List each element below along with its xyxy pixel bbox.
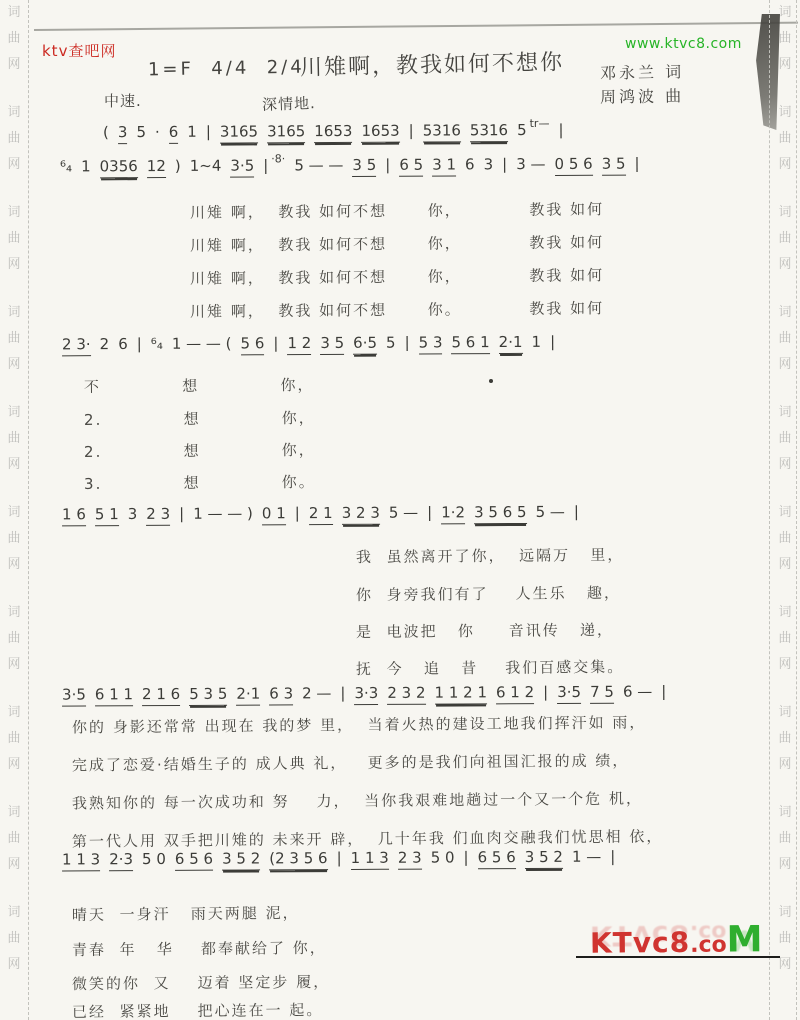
note-group: 6 bbox=[465, 155, 475, 175]
note-group: 5 — bbox=[536, 503, 565, 523]
song-title: 川雉啊，教我如何不想你 bbox=[300, 45, 565, 82]
note-group: 3165 bbox=[220, 122, 258, 143]
barline: | bbox=[543, 683, 548, 703]
note-group: 6 bbox=[118, 335, 128, 355]
note-group: 6 1 2 bbox=[496, 683, 534, 704]
note-group: 3 5 2 bbox=[525, 848, 563, 869]
left-dashed-border bbox=[28, 0, 29, 1020]
watermark-char: 词 bbox=[775, 300, 795, 326]
tempo-marking: 中速. bbox=[104, 90, 142, 111]
watermark-char: 词 bbox=[4, 700, 24, 726]
watermark-column-right: 词曲网词曲网词曲网词曲网词曲网词曲网词曲网词曲网词曲网词曲网 bbox=[775, 0, 795, 1000]
watermark-char: 网 bbox=[4, 352, 24, 378]
watermark-char: 网 bbox=[4, 552, 24, 578]
music-line-6: 1 1 32·35 06 5 63 5 2(2 3 5 6|1 1 32 35 … bbox=[62, 848, 624, 872]
watermark-char: 网 bbox=[775, 52, 795, 78]
lyric-row: 川雉 啊， 教我 如何不想 你， 教我 如何 bbox=[190, 264, 604, 289]
barline: | bbox=[385, 156, 390, 176]
lyric-row: 抚 今 追 昔 我们百感交集。 bbox=[356, 656, 624, 679]
note-group: 2 3 bbox=[398, 849, 422, 870]
barline: | bbox=[502, 155, 507, 175]
barline: | bbox=[574, 503, 579, 523]
note-group: 3·5 bbox=[557, 683, 581, 704]
watermark-char: 网 bbox=[775, 552, 795, 578]
barline: | bbox=[463, 848, 468, 868]
note-group: 3 5 bbox=[602, 155, 626, 176]
note-group: 3 bbox=[128, 505, 138, 525]
watermark-char: 曲 bbox=[4, 626, 24, 652]
watermark-char: 网 bbox=[775, 352, 795, 378]
note-group: 3·5 bbox=[230, 157, 254, 178]
watermark-char: 网 bbox=[4, 52, 24, 78]
watermark-char: 网 bbox=[4, 152, 24, 178]
watermark-char: 曲 bbox=[4, 526, 24, 552]
watermark-char: 词 bbox=[775, 800, 795, 826]
barline: | bbox=[337, 849, 342, 869]
lyric-row: 青春 年 华 都奉献给了 你， bbox=[72, 937, 327, 960]
note-group: 1 bbox=[187, 123, 197, 143]
barline: | bbox=[661, 682, 666, 702]
watermark-char: 词 bbox=[4, 800, 24, 826]
note-group: · bbox=[155, 123, 160, 143]
note-group: ( bbox=[103, 123, 109, 143]
lyric-row: 川雉 啊， 教我 如何不想 你， 教我 如何 bbox=[190, 198, 604, 223]
note-group: 5 3 bbox=[419, 333, 443, 354]
watermark-char: 曲 bbox=[4, 326, 24, 352]
watermark-char: 曲 bbox=[4, 726, 24, 752]
note-group: 3 5 6 5 bbox=[474, 503, 527, 524]
watermark-char: 曲 bbox=[775, 526, 795, 552]
note-group: 1·2 bbox=[441, 503, 465, 524]
barline: | bbox=[340, 684, 345, 704]
site-name-top-left: ktv查吧网 bbox=[42, 40, 116, 61]
lyric-row: 我 虽然离开了你， 远隔万 里， bbox=[356, 544, 625, 567]
note-group: 3 5 bbox=[320, 334, 344, 355]
note-group: 3165 bbox=[267, 122, 305, 143]
note-group: 5 3 5 bbox=[189, 685, 227, 706]
note-group: 2·1 bbox=[499, 333, 523, 354]
lyric-row: 川雉 啊， 教我 如何不想 你， 教我 如何 bbox=[190, 231, 604, 256]
right-dashed-border-inner bbox=[769, 0, 770, 1020]
watermark-char: 网 bbox=[4, 752, 24, 778]
lyric-row: 是 电波把 你 音讯传 递， bbox=[356, 619, 614, 642]
barline: | bbox=[550, 333, 555, 353]
note-group: 6 5 6 bbox=[175, 850, 213, 871]
watermark-char: 曲 bbox=[4, 826, 24, 852]
note-group: 5 bbox=[386, 334, 396, 354]
watermark-char: 网 bbox=[775, 852, 795, 878]
watermark-char: 曲 bbox=[4, 426, 24, 452]
note-group: 3·5 bbox=[62, 685, 86, 706]
note-group: 3 5 bbox=[352, 156, 376, 177]
watermark-char: 词 bbox=[4, 400, 24, 426]
note-group: 1 1 3 bbox=[351, 849, 389, 870]
note-group: 1653 bbox=[314, 122, 352, 143]
note-group: 5 0 bbox=[142, 850, 166, 870]
watermark-char: 词 bbox=[775, 400, 795, 426]
lyric-row: 完成了恋爱·结婚生子的 成人典 礼， 更多的是我们向祖国汇报的成 绩， bbox=[72, 750, 630, 776]
note-group: ⁶₄ bbox=[151, 335, 163, 355]
note-group: 5 — bbox=[389, 504, 418, 524]
scanned-sheet-music-page: 词曲网词曲网词曲网词曲网词曲网词曲网词曲网词曲网词曲网词曲网 词曲网词曲网词曲网… bbox=[0, 0, 800, 1020]
watermark-char: 曲 bbox=[775, 126, 795, 152]
note-group: 5 bbox=[136, 123, 146, 143]
watermark-char: 词 bbox=[775, 600, 795, 626]
watermark-char: 词 bbox=[4, 500, 24, 526]
watermark-char: 曲 bbox=[775, 26, 795, 52]
watermark-char: 网 bbox=[775, 752, 795, 778]
watermark-char: 网 bbox=[775, 252, 795, 278]
watermark-char: 网 bbox=[4, 652, 24, 678]
music-line-2: ⁶₄1035612)1~43·5|·8·5 — —3 5|6 53 163|3 … bbox=[60, 150, 649, 178]
note-group: 3 bbox=[484, 155, 494, 175]
note-group: 1653 bbox=[361, 122, 399, 143]
music-line-3: 2 3·26|⁶₄1 — — (5 6|1 23 56·55|5 35 6 12… bbox=[62, 333, 564, 357]
barline: | bbox=[295, 504, 300, 524]
watermark-char: 词 bbox=[775, 900, 795, 926]
lyric-row: 川雉 啊， 教我 如何不想 你。 教我 如何 bbox=[190, 297, 604, 322]
note-group: 2·3 bbox=[109, 850, 133, 871]
note-group: 3 — bbox=[516, 155, 545, 175]
lyric-row: 我熟知你的 每一次成功和 努 力， 当你我艰难地趟过一个又一个危 机， bbox=[72, 788, 643, 814]
note-group: 1~4 bbox=[190, 157, 222, 177]
watermark-char: 词 bbox=[4, 300, 24, 326]
lyricist-credit: 邓永兰 词 bbox=[600, 59, 684, 83]
note-group: 1 — — ( bbox=[172, 334, 232, 354]
note-group: 1 6 bbox=[62, 505, 86, 526]
watermark-char: 词 bbox=[4, 900, 24, 926]
watermark-char: 词 bbox=[4, 600, 24, 626]
note-group: ) bbox=[175, 157, 181, 177]
note-group: 1 2 bbox=[287, 334, 311, 355]
watermark-char: 曲 bbox=[775, 626, 795, 652]
note-group: 3 5 2 bbox=[222, 849, 260, 870]
watermark-char: 词 bbox=[775, 0, 795, 26]
note-group: 6 bbox=[169, 123, 179, 144]
note-group: 6 3 bbox=[269, 684, 293, 705]
watermark-char: 曲 bbox=[775, 326, 795, 352]
music-line-5: 3·56 1 12 1 65 3 52·16 32 —|3·32 3 21 1 … bbox=[62, 682, 675, 706]
stray-ink-dot bbox=[489, 379, 493, 383]
lyric-row: 不 想 你， bbox=[84, 374, 315, 397]
watermark-char: 网 bbox=[775, 152, 795, 178]
note-group: 6 5 6 bbox=[478, 848, 516, 869]
barline: | bbox=[558, 121, 563, 141]
key-time-signature: 1=F 4/4 2/4 bbox=[148, 57, 305, 81]
site-url-top-right: www.ktvc8.com bbox=[625, 36, 742, 52]
barline: | bbox=[409, 122, 414, 142]
right-dashed-border-outer bbox=[796, 0, 797, 1020]
note-group: 5 6 bbox=[240, 334, 264, 355]
note-group: 6 1 1 bbox=[95, 685, 133, 706]
note-group: 5 bbox=[517, 121, 527, 141]
note-group: 5 0 bbox=[431, 848, 455, 868]
lyric-row: 2. 想 你， bbox=[84, 439, 316, 462]
paper-top-edge bbox=[34, 22, 798, 31]
note-group: 2 1 bbox=[309, 504, 333, 525]
music-line-1: (35·61|3165316516531653|531653165tr—| bbox=[103, 117, 573, 144]
watermark-char: 网 bbox=[775, 652, 795, 678]
note-group: 0 5 6 bbox=[554, 155, 592, 176]
watermark-char: 曲 bbox=[775, 226, 795, 252]
note-group: 6 5 bbox=[399, 156, 423, 177]
lyric-row: 已经 紧紧地 把心连在一 起。 bbox=[72, 999, 324, 1020]
watermark-char: 曲 bbox=[775, 426, 795, 452]
lyric-row: 你的 身影还常常 出现在 我的梦 里， 当着火热的建设工地我们挥汗如 雨， bbox=[72, 711, 647, 737]
watermark-char: 网 bbox=[4, 852, 24, 878]
note-group: 2 3 bbox=[146, 505, 170, 526]
watermark-char: 词 bbox=[775, 200, 795, 226]
watermark-char: 词 bbox=[775, 700, 795, 726]
note-group: 2 3· bbox=[62, 335, 91, 356]
barline: | bbox=[179, 505, 184, 525]
note-group: 6·5 bbox=[353, 334, 377, 355]
watermark-char: 曲 bbox=[4, 126, 24, 152]
music-line-4: 1 65 132 3|1 — — )0 1|2 13 2 35 —|1·23 5… bbox=[62, 503, 588, 527]
note-group: 3·3 bbox=[354, 684, 378, 705]
note-group: 1 — — ) bbox=[193, 504, 253, 524]
note-group: 3 bbox=[118, 123, 128, 144]
note-group: 3 1 bbox=[432, 155, 456, 176]
note-group: 0 1 bbox=[262, 504, 286, 525]
ktvc8-logo-reflection: KTvc8.coM bbox=[590, 916, 763, 959]
lyric-row: 3. 想 你。 bbox=[84, 471, 316, 494]
watermark-char: 词 bbox=[4, 0, 24, 26]
note-group: 5 1 bbox=[95, 505, 119, 526]
watermark-char: 词 bbox=[775, 500, 795, 526]
watermark-char: 词 bbox=[4, 100, 24, 126]
barline: | bbox=[137, 335, 142, 355]
watermark-char: 曲 bbox=[4, 26, 24, 52]
note-group: 2 — bbox=[302, 684, 331, 704]
note-group: (2 3 5 6 bbox=[269, 849, 327, 870]
lyric-row: 2. 想 你， bbox=[84, 407, 316, 430]
barline: | bbox=[427, 503, 432, 523]
watermark-char: 曲 bbox=[775, 926, 795, 952]
watermark-char: 网 bbox=[4, 452, 24, 478]
expression-marking: 深情地. bbox=[262, 92, 316, 115]
note-group: 1 bbox=[81, 157, 91, 177]
note-group: 5316 bbox=[470, 121, 508, 142]
lyric-row: 你 身旁我们有了 人生乐 趣， bbox=[356, 582, 621, 605]
watermark-char: 网 bbox=[4, 252, 24, 278]
barline: | bbox=[634, 155, 639, 175]
note-group: 2 bbox=[100, 335, 110, 355]
barline: | bbox=[263, 156, 268, 176]
note-group: 1 bbox=[531, 333, 541, 353]
composer-credit: 周鸿波 曲 bbox=[600, 83, 684, 107]
watermark-char: 词 bbox=[4, 200, 24, 226]
watermark-char: 曲 bbox=[775, 726, 795, 752]
watermark-char: 网 bbox=[775, 452, 795, 478]
barline: | bbox=[206, 123, 211, 143]
note-group: 3 2 3 bbox=[342, 504, 380, 525]
barline: | bbox=[405, 333, 410, 353]
note-group: 2·1 bbox=[236, 685, 260, 706]
watermark-char: 网 bbox=[4, 952, 24, 978]
note-group: 1 1 2 1 bbox=[434, 683, 487, 704]
lyric-row: 微笑的你 又 迈着 坚定步 履， bbox=[72, 971, 330, 994]
note-group: 2 1 6 bbox=[142, 685, 180, 706]
note-group: 5 6 1 bbox=[451, 333, 489, 354]
note-group: 1 — bbox=[572, 848, 601, 868]
watermark-char: 曲 bbox=[775, 826, 795, 852]
note-group: 1 1 3 bbox=[62, 850, 100, 871]
note-group: ·8· bbox=[271, 152, 285, 167]
watermark-char: 曲 bbox=[4, 226, 24, 252]
note-group: 12 bbox=[147, 157, 166, 178]
barline: | bbox=[610, 848, 615, 868]
barline: | bbox=[273, 334, 278, 354]
note-group: tr— bbox=[530, 117, 550, 132]
watermark-column-left: 词曲网词曲网词曲网词曲网词曲网词曲网词曲网词曲网词曲网词曲网 bbox=[4, 0, 24, 1000]
note-group: 0356 bbox=[100, 157, 138, 178]
note-group: 5316 bbox=[423, 121, 461, 142]
note-group: 6 — bbox=[623, 683, 652, 703]
note-group: 7 5 bbox=[590, 683, 614, 704]
watermark-char: 词 bbox=[775, 100, 795, 126]
watermark-char: 曲 bbox=[4, 926, 24, 952]
note-group: 2 3 2 bbox=[387, 684, 425, 705]
note-group: ⁶₄ bbox=[60, 157, 72, 177]
note-group: 5 — — bbox=[294, 156, 343, 176]
lyric-row: 晴天 一身汗 雨天两腿 泥， bbox=[72, 902, 300, 925]
